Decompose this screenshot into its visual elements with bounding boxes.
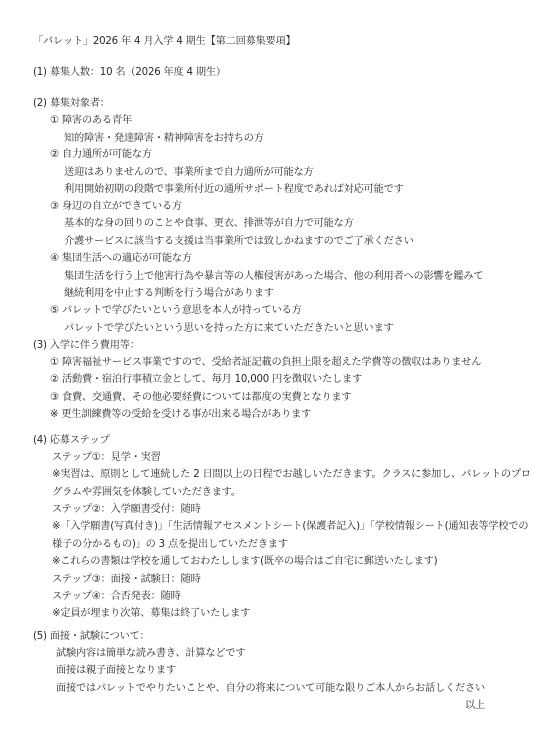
- document-title: 「パレット」2026 年 4 月入学 4 期生【第二回募集要項】: [33, 35, 296, 49]
- interview-line: 試験内容は簡単な読み書き、計算などです: [56, 647, 245, 661]
- cost-item: ② 活動費・宿泊行事積立金として、毎月 10,000 円を徴収いたします: [50, 373, 362, 387]
- target-item-4-detail: 継続利用を中止する判断を行う場合があります: [64, 287, 274, 301]
- step-1-note: ※実習は、原則として連続した 2 日間以上の日程でお越しいただきます。クラスに参…: [52, 468, 531, 482]
- target-item-5-detail: パレットで学びたいという思いを持った方に来ていただきたいと思います: [64, 322, 393, 336]
- interview-line: 面接ではパレットでやりたいことや、自分の将来について可能な限りご本人からお話しく…: [56, 682, 485, 696]
- section-5-heading: (5) 面接・試験について：: [33, 630, 150, 644]
- cost-item: ③ 食費、交通費、その他必要経費については都度の実費となります: [50, 391, 351, 405]
- document-page: 「パレット」2026 年 4 月入学 4 期生【第二回募集要項】 (1) 募集人…: [0, 0, 533, 754]
- target-item-5-label: ⑤ パレットで学びたいという意思を本人が持っている方: [50, 304, 302, 318]
- target-item-2-label: ② 自力通所が可能な方: [50, 148, 152, 162]
- section-4-heading: (4) 応募ステップ: [33, 434, 110, 448]
- step-2: ステップ②：入学願書受付：随時: [52, 503, 201, 517]
- cost-note: ※ 更生訓練費等の受給を受ける事が出来る場合があります: [50, 408, 311, 422]
- step-4-note: ※定員が埋まり次第、募集は終了いたします: [52, 607, 250, 621]
- step-2-note: ※「入学願書(写真付き)」「生活情報アセスメントシート(保護者記入)」「学校情報…: [52, 520, 528, 534]
- cost-item: ① 障害福祉サービス事業ですので、受給者証記載の負担上限を超えた学費等の徴収はあ…: [50, 356, 481, 370]
- target-item-2-detail: 送迎はありませんので、事業所まで自力通所が可能な方: [64, 166, 313, 180]
- target-item-4-label: ④ 集団生活への適応が可能な方: [50, 252, 192, 266]
- step-3: ステップ③：面接・試験日：随時: [52, 573, 201, 587]
- step-2-note-continued: 様子の分かるもの)」の 3 点を提出していただきます: [52, 538, 288, 552]
- step-1: ステップ①：見学・実習: [52, 451, 161, 465]
- target-item-3-detail: 基本的な身の回りのことや食事、更衣、排泄等が自力で可能な方: [64, 217, 354, 231]
- step-2-note-2: ※これらの書類は学校を通しておわたしします(既卒の場合はご自宅に郵送いたします): [52, 555, 437, 569]
- target-item-1-label: ① 障害のある青年: [50, 114, 132, 128]
- section-2-heading: (2) 募集対象者：: [33, 97, 110, 111]
- section-3-heading: (3) 入学に伴う費用等：: [33, 339, 140, 353]
- target-item-4-detail: 集団生活を行う上で他害行為や暴言等の人権侵害があった場合、他の利用者への影響を鑑…: [64, 270, 483, 284]
- closing-text: 以上: [465, 699, 485, 713]
- step-4: ステップ④：合否発表：随時: [52, 590, 181, 604]
- interview-line: 面接は親子面接となります: [56, 664, 176, 678]
- step-1-note-continued: グラムや雰囲気を体験していただきます。: [52, 486, 241, 500]
- target-item-1-detail: 知的障害・発達障害・精神障害をお持ちの方: [64, 132, 264, 146]
- target-item-3-detail: 介護サービスに該当する支援は当事業所では致しかねますのでご了承ください: [64, 235, 414, 249]
- target-item-3-label: ③ 身辺の自立ができている方: [50, 200, 182, 214]
- target-item-2-detail: 利用開始初期の段階で事業所付近の通所サポート程度であれば対応可能です: [64, 183, 404, 197]
- section-1-heading: (1) 募集人数：10 名（2026 年度 4 期生）: [33, 66, 226, 80]
